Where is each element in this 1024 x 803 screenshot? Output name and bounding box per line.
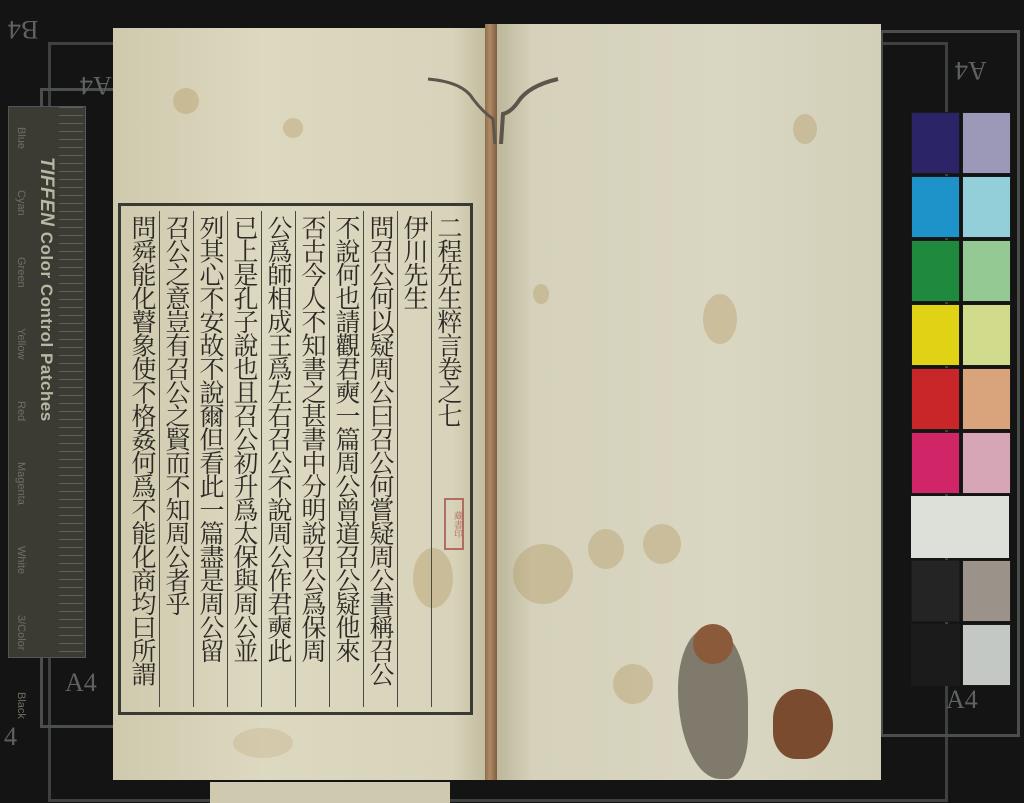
patch-name-white: White [15, 546, 27, 574]
text-column: 否古今人不知書之甚書中分明說召公爲保周 [295, 211, 329, 707]
tiffen-logo: TIFFEN [36, 157, 57, 227]
color-control-chart [911, 112, 1011, 687]
patch-black-dark [911, 624, 960, 686]
size-label-b4: B4 [8, 14, 38, 44]
paper-damage-hole [773, 689, 833, 759]
patch-name-3color: 3/Color [15, 615, 27, 650]
patch-3color-dark [911, 560, 960, 622]
ruler-ticks [59, 107, 83, 657]
patch-green-dark [911, 240, 960, 302]
patch-cyan-dark [911, 176, 960, 238]
patch-magenta-dark [911, 432, 960, 494]
ruler-brand-label: TIFFEN Color Control Patches [35, 157, 57, 422]
patch-magenta-light [962, 432, 1011, 494]
patch-blue-dark [911, 112, 960, 174]
patch-name-magenta: Magenta [15, 462, 27, 505]
tiffen-color-ruler: Blue Cyan Green Yellow Red Magenta White… [8, 106, 86, 658]
size-label-a4: A4 [80, 70, 112, 100]
patch-black-light [962, 624, 1011, 686]
paper-strip-under-book [210, 782, 450, 803]
author-column: 伊川先生 [397, 211, 431, 707]
patch-yellow-light [962, 304, 1011, 366]
patch-name-blue: Blue [15, 127, 27, 149]
patch-red-dark [911, 368, 960, 430]
patch-3color-light [962, 560, 1011, 622]
size-label-a4: A4 [955, 55, 987, 85]
patch-yellow-dark [911, 304, 960, 366]
size-label-a4: A4 [946, 685, 978, 715]
paper-damage-hole [693, 624, 733, 664]
title-column: 二程先生粹言卷之七 [431, 211, 465, 707]
patch-white [911, 496, 1009, 558]
text-column: 列其心不安故不說爾但看此一篇盡是周公留 [193, 211, 227, 707]
patch-cyan-light [962, 176, 1011, 238]
patch-red-light [962, 368, 1011, 430]
patch-name-cyan: Cyan [15, 190, 27, 216]
text-column: 不說何也請觀君奭一篇周公曾道召公疑他來 [329, 211, 363, 707]
open-book: 二程先生粹言卷之七 伊川先生 問召公何以疑周公曰召公何嘗疑周公書稱召公 不說何也… [113, 24, 881, 782]
text-column: 公爲師相成王爲左右召公不說周公作君奭此 [261, 211, 295, 707]
text-column: 召公之意豈有召公之賢而不知周公者乎 [159, 211, 193, 707]
ruler-title: Color Control Patches [37, 232, 56, 422]
text-block-frame: 二程先生粹言卷之七 伊川先生 問召公何以疑周公曰召公何嘗疑周公書稱召公 不說何也… [118, 203, 473, 715]
red-seal-stamp: 藏書印 [444, 498, 464, 550]
text-column: 問舜能化瞽象使不格姦何爲不能化商均曰所謂 [126, 211, 159, 707]
patch-green-light [962, 240, 1011, 302]
patch-name-green: Green [15, 257, 27, 288]
size-label-a4: A4 [65, 668, 97, 698]
spine-crack [423, 74, 563, 144]
text-column: 問召公何以疑周公曰召公何嘗疑周公書稱召公 [363, 211, 397, 707]
ruler-patch-names: Blue Cyan Green Yellow Red Magenta White… [15, 127, 27, 757]
patch-blue-light [962, 112, 1011, 174]
text-columns: 二程先生粹言卷之七 伊川先生 問召公何以疑周公曰召公何嘗疑周公書稱召公 不說何也… [126, 211, 465, 707]
patch-name-black: Black [15, 692, 27, 719]
text-column: 已上是孔子說也且召公初升爲太保與周公並 [227, 211, 261, 707]
patch-name-red: Red [15, 401, 27, 421]
patch-name-yellow: Yellow [15, 328, 27, 359]
